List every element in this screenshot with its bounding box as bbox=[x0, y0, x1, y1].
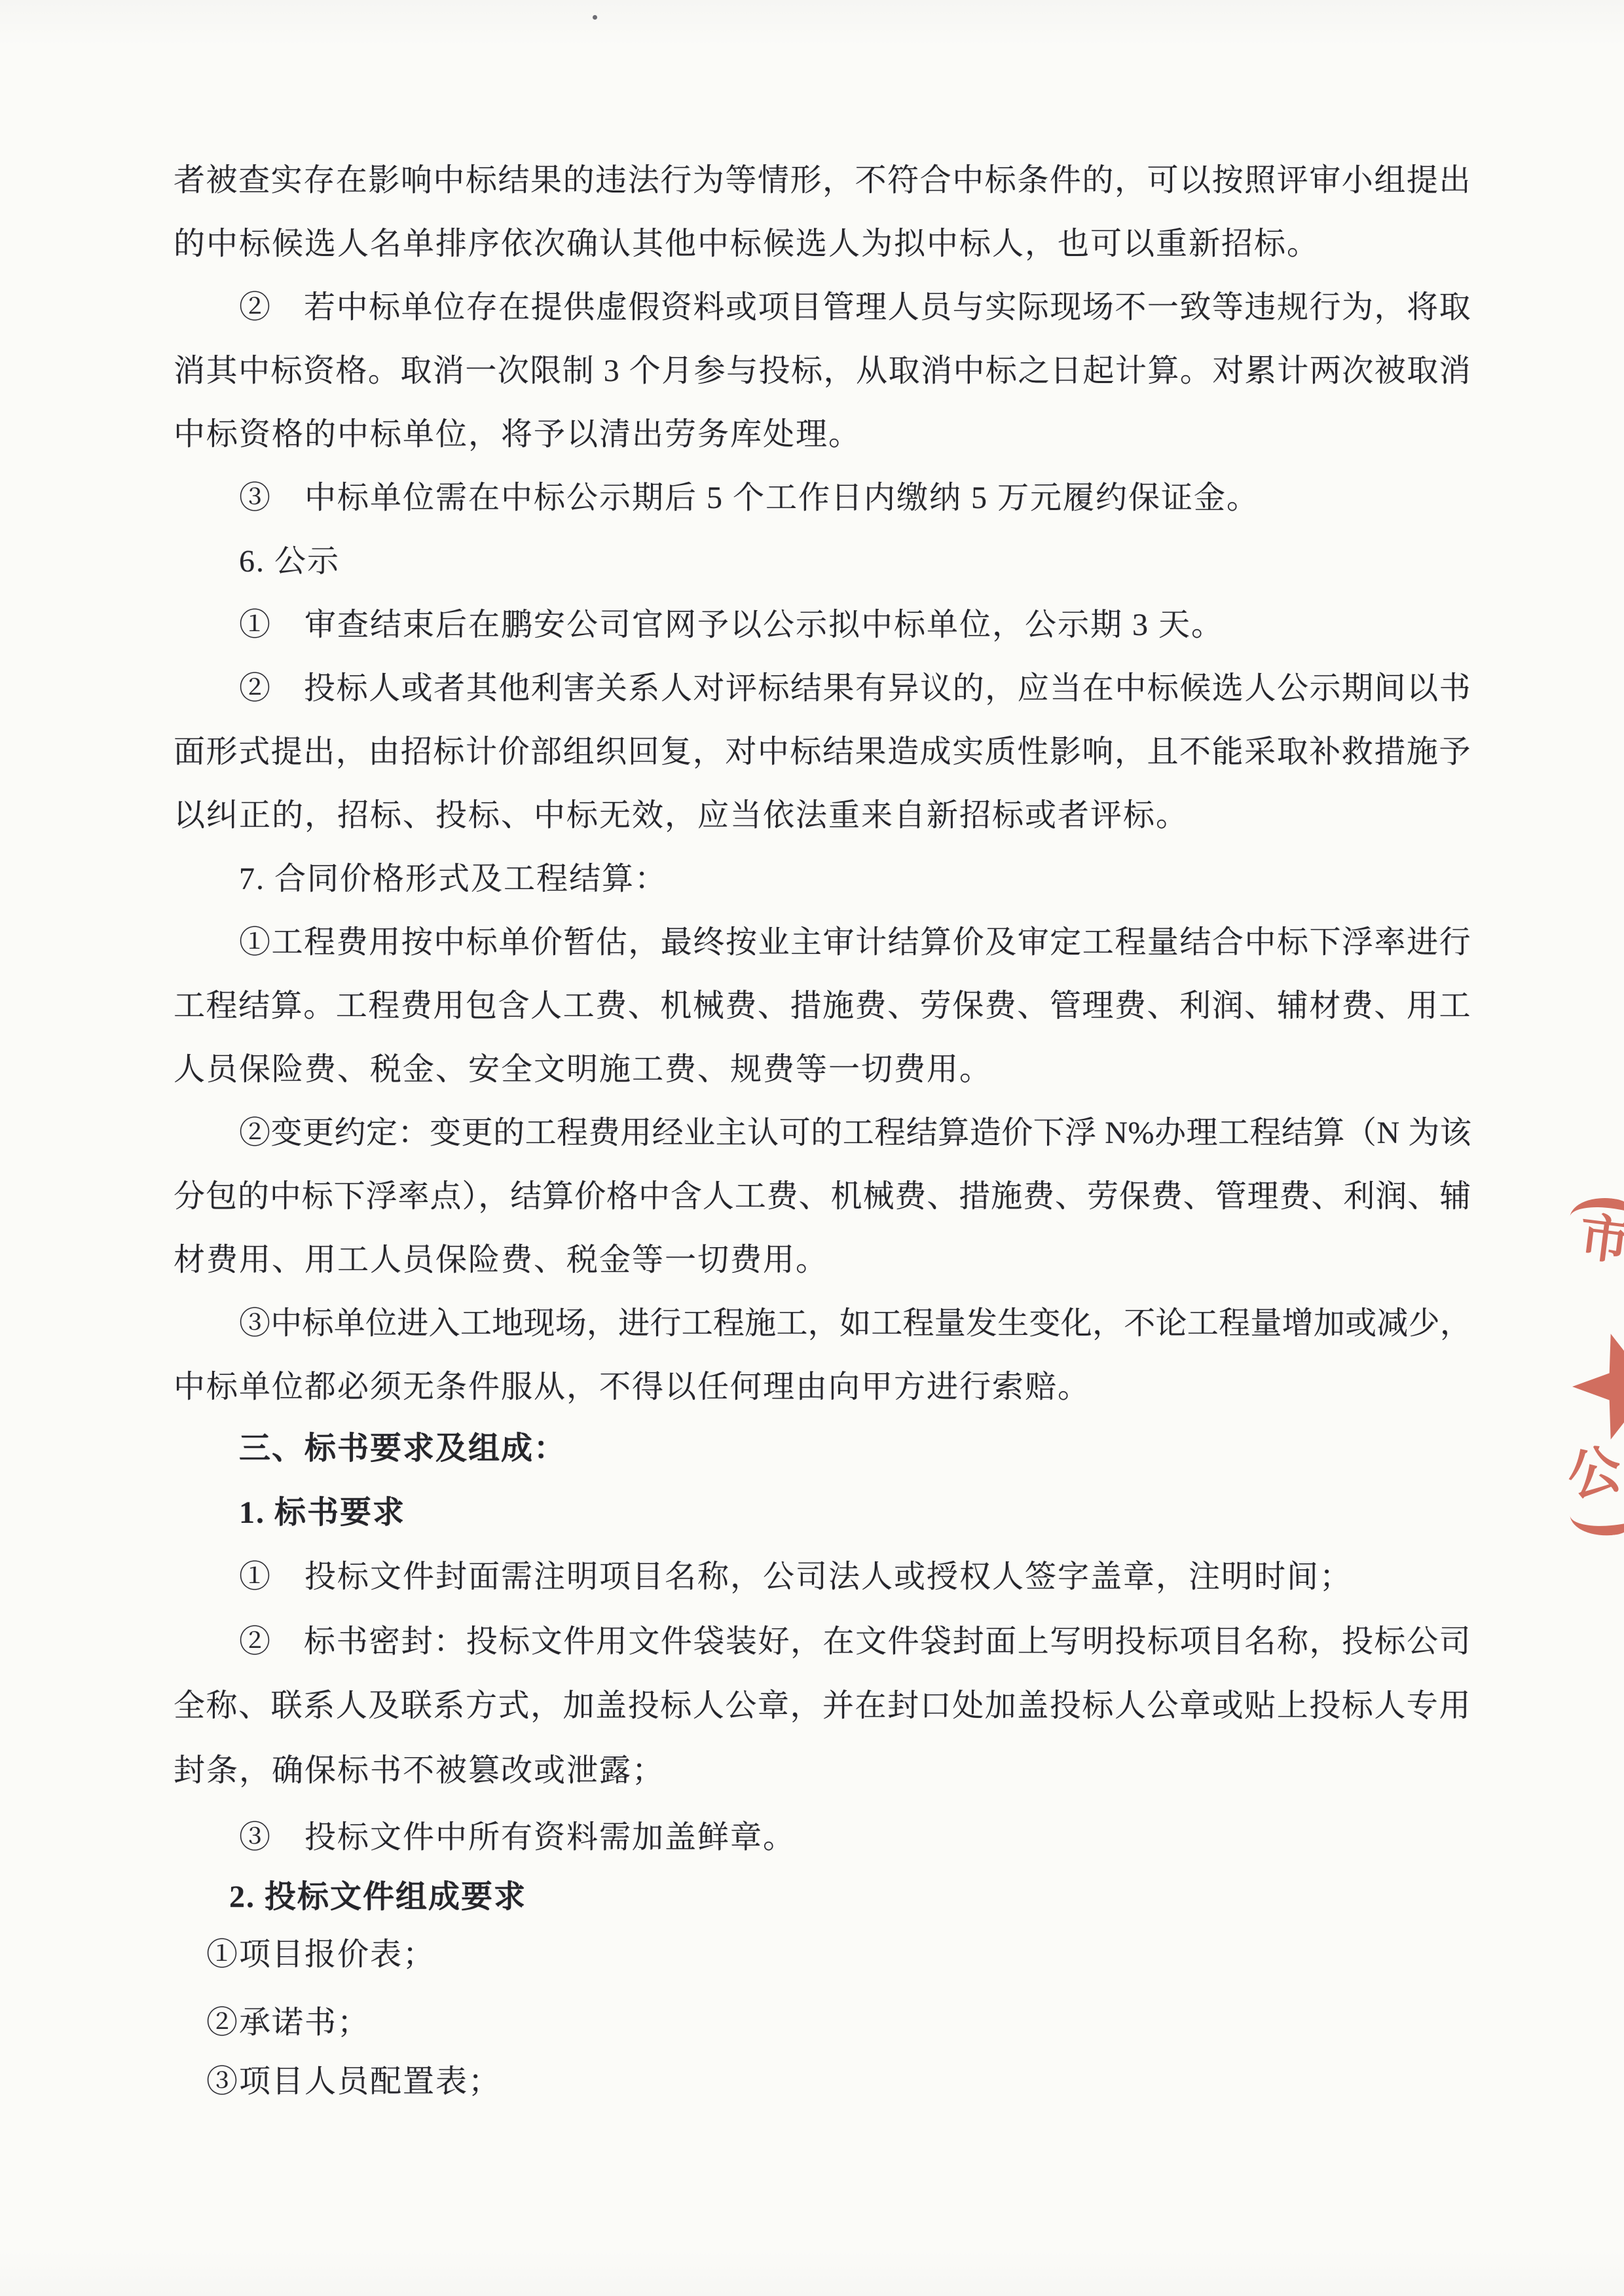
text-line: 全称、联系人及联系方式，加盖投标人公章，并在封口处加盖投标人公章或贴上投标人专用 bbox=[174, 1683, 1471, 1730]
text-line: 消其中标资格。取消一次限制 3 个月参与投标，从取消中标之日起计算。对累计两次被… bbox=[174, 348, 1471, 395]
text-line-content: ①项目报价表； bbox=[206, 1937, 435, 1972]
section-heading: 1. 标书要求 bbox=[174, 1489, 1471, 1537]
text-line-content: ② 标书密封：投标文件用文件袋装好，在文件袋封面上写明投标项目名称，投标公司 bbox=[239, 1624, 1471, 1659]
text-line-content: ① 投标文件封面需注明项目名称，公司法人或授权人签字盖章，注明时间； bbox=[239, 1559, 1352, 1594]
text-line-content: ③ 投标文件中所有资料需加盖鲜章。 bbox=[239, 1820, 796, 1855]
text-line: ③ 投标文件中所有资料需加盖鲜章。 bbox=[174, 1814, 1471, 1861]
text-line: 中标单位都必须无条件服从，不得以任何理由向甲方进行索赔。 bbox=[174, 1364, 1471, 1411]
text-line-content: 6. 公示 bbox=[239, 544, 340, 579]
text-line-content: 2. 投标文件组成要求 bbox=[229, 1880, 526, 1914]
text-line: 以纠正的，招标、投标、中标无效，应当依法重来自新招标或者评标。 bbox=[174, 792, 1471, 839]
text-line-content: 者被查实存在影响中标结果的违法行为等情形，不符合中标条件的，可以按照评审小组提出 bbox=[174, 163, 1471, 198]
list-item: ③项目人员配置表； bbox=[174, 2058, 1471, 2105]
text-line-content: 分包的中标下浮率点），结算价格中含人工费、机械费、措施费、劳保费、管理费、利润、… bbox=[174, 1179, 1471, 1214]
text-line-content: ① 审查结束后在鹏安公司官网予以公示拟中标单位，公示期 3 天。 bbox=[239, 608, 1224, 642]
text-line-content: 消其中标资格。取消一次限制 3 个月参与投标，从取消中标之日起计算。对累计两次被… bbox=[174, 354, 1471, 388]
text-line: ② 标书密封：投标文件用文件袋装好，在文件袋封面上写明投标项目名称，投标公司 bbox=[174, 1618, 1471, 1666]
text-line: ② 若中标单位存在提供虚假资料或项目管理人员与实际现场不一致等违规行为，将取 bbox=[174, 284, 1471, 331]
section-heading: 三、标书要求及组成： bbox=[174, 1425, 1471, 1472]
text-line-content: ②承诺书； bbox=[206, 2005, 370, 2040]
section-heading: 2. 投标文件组成要求 bbox=[174, 1874, 1471, 1921]
text-line: 工程结算。工程费用包含人工费、机械费、措施费、劳保费、管理费、利润、辅材费、用工 bbox=[174, 983, 1471, 1030]
text-line: 的中标候选人名单排序依次确认其他中标候选人为拟中标人，也可以重新招标。 bbox=[174, 221, 1471, 268]
section-heading: 6. 公示 bbox=[174, 538, 1471, 585]
text-line-content: ①工程费用按中标单价暂估，最终按业主审计结算价及审定工程量结合中标下浮率进行 bbox=[239, 925, 1471, 960]
text-line: ① 审查结束后在鹏安公司官网予以公示拟中标单位，公示期 3 天。 bbox=[174, 602, 1471, 649]
stamp-arc-top bbox=[1568, 1192, 1624, 1240]
text-line-content: ③ 中标单位需在中标公示期后 5 个工作日内缴纳 5 万元履约保证金。 bbox=[239, 481, 1259, 515]
document-page: 者被查实存在影响中标结果的违法行为等情形，不符合中标条件的，可以按照评审小组提出… bbox=[0, 0, 1624, 2296]
text-line-content: 材费用、用工人员保险费、税金等一切费用。 bbox=[174, 1243, 828, 1277]
text-line-content: 封条，确保标书不被篡改或泄露； bbox=[174, 1753, 665, 1788]
text-line-content: 三、标书要求及组成： bbox=[239, 1431, 566, 1466]
text-line-content: ② 投标人或者其他利害关系人对评标结果有异议的，应当在中标候选人公示期间以书 bbox=[239, 671, 1471, 706]
list-item: ①项目报价表； bbox=[174, 1931, 1471, 1978]
text-line: ① 投标文件封面需注明项目名称，公司法人或授权人签字盖章，注明时间； bbox=[174, 1554, 1471, 1601]
text-line-content: 人员保险费、税金、安全文明施工费、规费等一切费用。 bbox=[174, 1052, 992, 1087]
text-line: 中标资格的中标单位，将予以清出劳务库处理。 bbox=[174, 411, 1471, 458]
text-line-content: 全称、联系人及联系方式，加盖投标人公章，并在封口处加盖投标人公章或贴上投标人专用 bbox=[174, 1688, 1471, 1723]
text-line: 封条，确保标书不被篡改或泄露； bbox=[174, 1747, 1471, 1795]
list-item: ②承诺书； bbox=[174, 1999, 1471, 2047]
text-line-content: 1. 标书要求 bbox=[239, 1495, 405, 1530]
text-line: 者被查实存在影响中标结果的违法行为等情形，不符合中标条件的，可以按照评审小组提出 bbox=[174, 157, 1471, 204]
text-line-content: 以纠正的，招标、投标、中标无效，应当依法重来自新招标或者评标。 bbox=[174, 798, 1189, 833]
text-line-content: ②变更约定：变更的工程费用经业主认可的工程结算造价下浮 N%办理工程结算（N 为… bbox=[239, 1116, 1471, 1150]
text-line-content: ③中标单位进入工地现场，进行工程施工，如工程量发生变化，不论工程量增加或减少， bbox=[239, 1306, 1471, 1341]
text-line: 分包的中标下浮率点），结算价格中含人工费、机械费、措施费、劳保费、管理费、利润、… bbox=[174, 1173, 1471, 1220]
stamp-character-top: 市 bbox=[1577, 1211, 1624, 1268]
text-line-content: ③项目人员配置表； bbox=[206, 2064, 501, 2099]
text-line: 人员保险费、税金、安全文明施工费、规费等一切费用。 bbox=[174, 1046, 1471, 1093]
stamp-arc-bottom bbox=[1568, 1495, 1624, 1540]
scan-speck bbox=[593, 15, 597, 20]
text-line-content: ② 若中标单位存在提供虚假资料或项目管理人员与实际现场不一致等违规行为，将取 bbox=[239, 290, 1471, 325]
text-line-content: 工程结算。工程费用包含人工费、机械费、措施费、劳保费、管理费、利润、辅材费、用工 bbox=[174, 989, 1471, 1023]
text-line: ③中标单位进入工地现场，进行工程施工，如工程量发生变化，不论工程量增加或减少， bbox=[174, 1300, 1471, 1347]
stamp-character-bottom: 公 bbox=[1562, 1442, 1624, 1505]
section-heading: 7. 合同价格形式及工程结算： bbox=[174, 856, 1471, 903]
text-line: ② 投标人或者其他利害关系人对评标结果有异议的，应当在中标候选人公示期间以书 bbox=[174, 665, 1471, 712]
stamp-star-icon bbox=[1569, 1328, 1624, 1446]
text-line-content: 中标资格的中标单位，将予以清出劳务库处理。 bbox=[174, 417, 861, 452]
text-line-content: 中标单位都必须无条件服从，不得以任何理由向甲方进行索赔。 bbox=[174, 1370, 1090, 1404]
text-line: 面形式提出，由招标计价部组织回复，对中标结果造成实质性影响，且不能采取补救措施予 bbox=[174, 729, 1471, 776]
text-line: ③ 中标单位需在中标公示期后 5 个工作日内缴纳 5 万元履约保证金。 bbox=[174, 475, 1471, 522]
text-line: 材费用、用工人员保险费、税金等一切费用。 bbox=[174, 1237, 1471, 1284]
text-line-content: 的中标候选人名单排序依次确认其他中标候选人为拟中标人，也可以重新招标。 bbox=[174, 227, 1319, 261]
text-line-content: 7. 合同价格形式及工程结算： bbox=[239, 862, 667, 896]
text-line: ①工程费用按中标单价暂估，最终按业主审计结算价及审定工程量结合中标下浮率进行 bbox=[174, 919, 1471, 966]
text-line-content: 面形式提出，由招标计价部组织回复，对中标结果造成实质性影响，且不能采取补救措施予 bbox=[174, 735, 1471, 769]
text-line: ②变更约定：变更的工程费用经业主认可的工程结算造价下浮 N%办理工程结算（N 为… bbox=[174, 1110, 1471, 1157]
